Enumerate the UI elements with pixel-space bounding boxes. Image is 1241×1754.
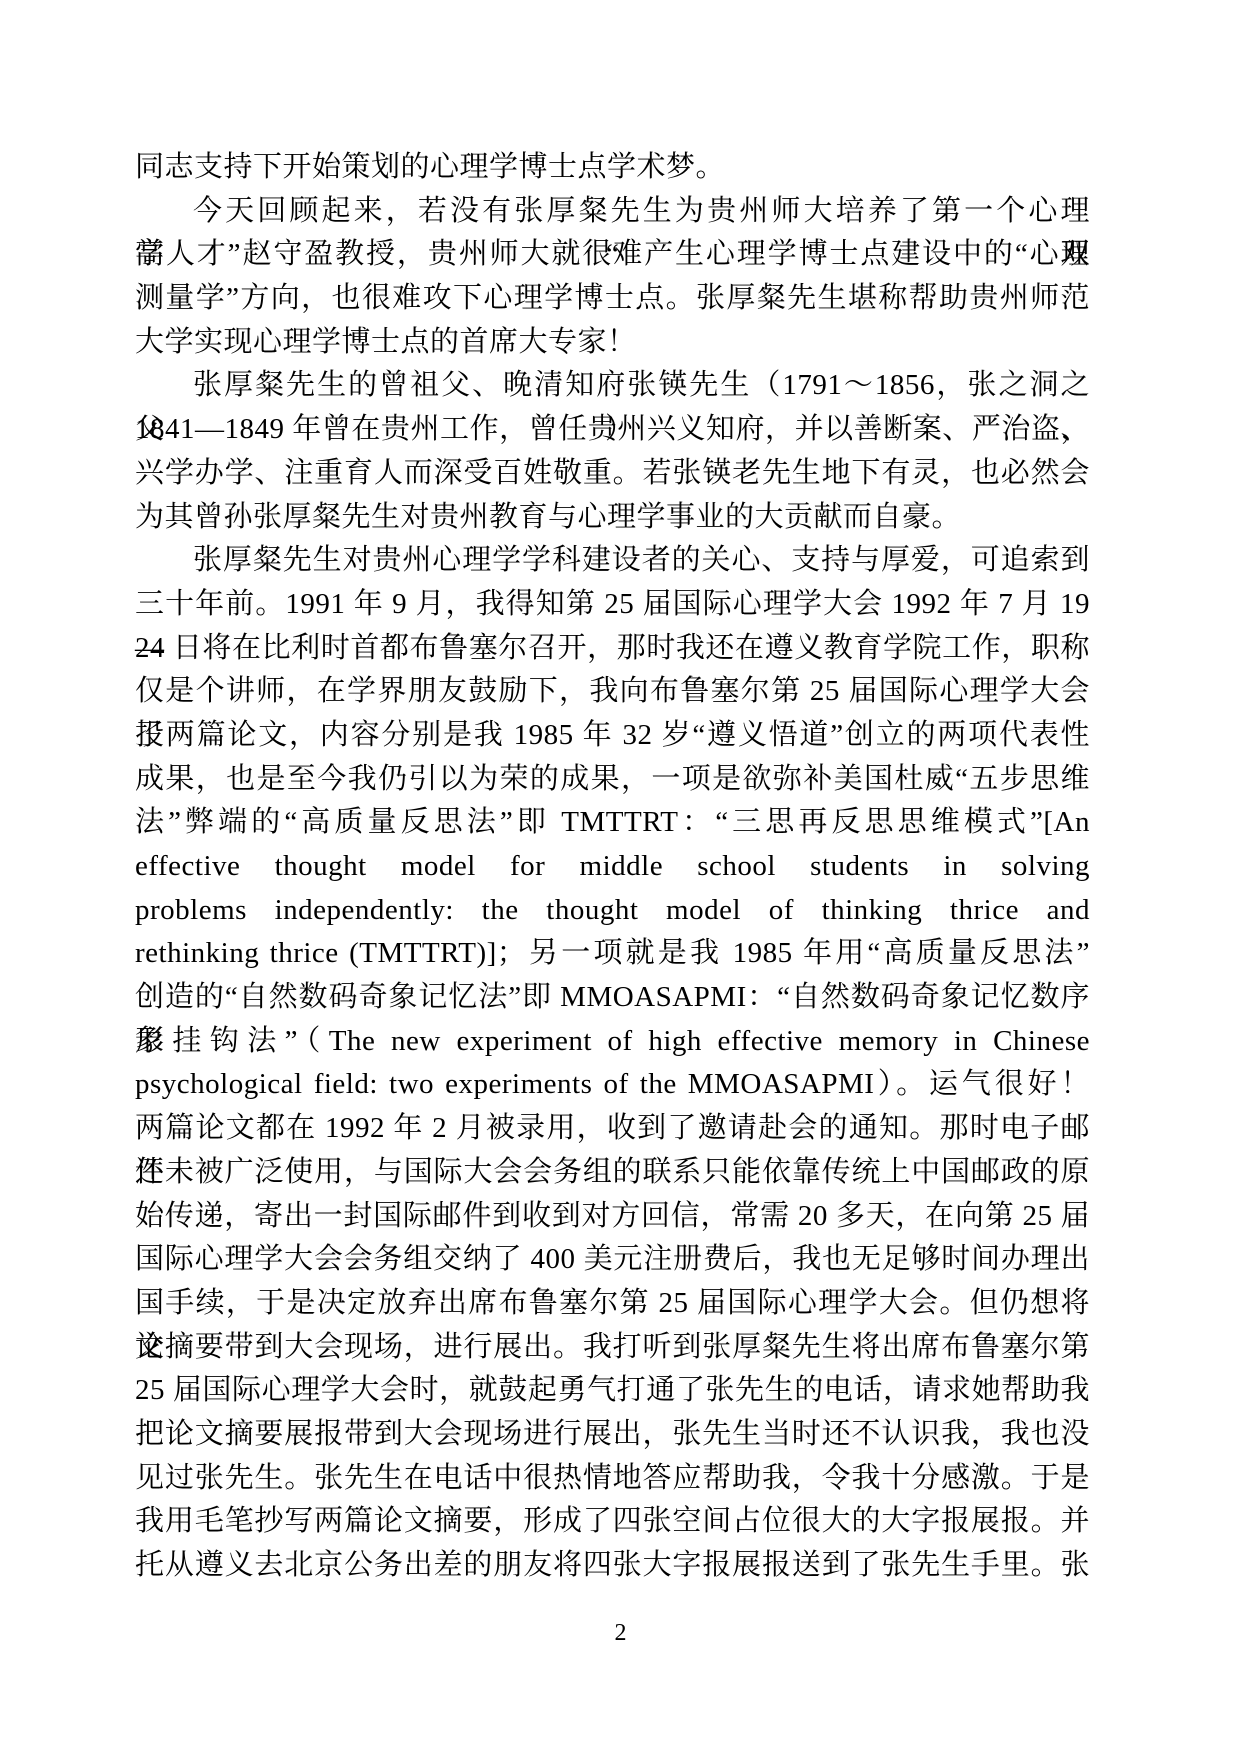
- text-line: 大学实现心理学博士点的首席大专家！: [135, 321, 1090, 365]
- text-line: 始传递，寄出一封国际邮件到收到对方回信，常需 20 多天，在向第 25 届: [135, 1195, 1090, 1239]
- text-line: 还未被广泛使用，与国际大会会务组的联系只能依靠传统上中国邮政的原: [135, 1151, 1090, 1195]
- text-line: 兴学办学、注重育人而深受百姓敬重。若张锳老先生地下有灵，也必然会: [135, 452, 1090, 496]
- text-line: 象挂钩法”（The new experiment of high effecti…: [135, 1020, 1090, 1064]
- text-line: 仅是个讲师，在学界朋友鼓励下，我向布鲁塞尔第 25 届国际心理学大会投: [135, 670, 1090, 714]
- text-line: psychological field: two experiments of …: [135, 1063, 1090, 1107]
- text-line: 法”弊端的“高质量反思法”即 TMTTRT：“三思再反思思维模式”[An: [135, 801, 1090, 845]
- text-line: 24 日将在比利时首都布鲁塞尔召开，那时我还在遵义教育学院工作，职称: [135, 627, 1090, 671]
- text-line: 两篇论文都在 1992 年 2 月被录用，收到了邀请赴会的通知。那时电子邮件: [135, 1107, 1090, 1151]
- text-line: problems independently: the thought mode…: [135, 889, 1090, 933]
- page-number: 2: [0, 1618, 1241, 1648]
- text-line: 托从遵义去北京公务出差的朋友将四张大字报展报送到了张先生手里。张: [135, 1544, 1090, 1588]
- text-line: effective thought model for middle schoo…: [135, 845, 1090, 889]
- text-line: rethinking thrice (TMTTRT)]；另一项就是我 1985 …: [135, 932, 1090, 976]
- text-line: 文摘要带到大会现场，进行展出。我打听到张厚粲先生将出席布鲁塞尔第: [135, 1326, 1090, 1370]
- text-line: 我用毛笔抄写两篇论文摘要，形成了四张空间占位很大的大字报展报。并: [135, 1500, 1090, 1544]
- text-line: 今天回顾起来，若没有张厚粲先生为贵州师大培养了第一个心理学“双: [135, 190, 1090, 234]
- text-line: 成果，也是至今我仍引以为荣的成果，一项是欲弥补美国杜威“五步思维: [135, 758, 1090, 802]
- text-line: 见过张先生。张先生在电话中很热情地答应帮助我，令我十分感激。于是: [135, 1457, 1090, 1501]
- text-line: 同志支持下开始策划的心理学博士点学术梦。: [135, 146, 1090, 190]
- text-line: 把论文摘要展报带到大会现场进行展出，张先生当时还不认识我，我也没: [135, 1413, 1090, 1457]
- text-line: 高人才”赵守盈教授，贵州师大就很难产生心理学博士点建设中的“心理: [135, 233, 1090, 277]
- text-line: 了两篇论文，内容分别是我 1985 年 32 岁“遵义悟道”创立的两项代表性: [135, 714, 1090, 758]
- text-line: 1841—1849 年曾在贵州工作，曾任贵州兴义知府，并以善断案、严治盗、: [135, 408, 1090, 452]
- text-line: 国际心理学大会会务组交纳了 400 美元注册费后，我也无足够时间办理出: [135, 1238, 1090, 1282]
- text-line: 张厚粲先生的曾祖父、晚清知府张锳先生（1791～1856，张之洞之父），: [135, 364, 1090, 408]
- document-page: 同志支持下开始策划的心理学博士点学术梦。 今天回顾起来，若没有张厚粲先生为贵州师…: [0, 0, 1241, 1754]
- text-line: 为其曾孙张厚粲先生对贵州教育与心理学事业的大贡献而自豪。: [135, 496, 1090, 540]
- document-body: 同志支持下开始策划的心理学博士点学术梦。 今天回顾起来，若没有张厚粲先生为贵州师…: [135, 146, 1090, 1588]
- text-line: 国手续，于是决定放弃出席布鲁塞尔第 25 届国际心理学大会。但仍想将论: [135, 1282, 1090, 1326]
- text-line: 测量学”方向，也很难攻下心理学博士点。张厚粲先生堪称帮助贵州师范: [135, 277, 1090, 321]
- text-line: 三十年前。1991 年 9 月，我得知第 25 届国际心理学大会 1992 年 …: [135, 583, 1090, 627]
- text-line: 张厚粲先生对贵州心理学学科建设者的关心、支持与厚爱，可追索到: [135, 539, 1090, 583]
- text-line: 创造的“自然数码奇象记忆法”即 MMOASAPMI：“自然数码奇象记忆数序形: [135, 976, 1090, 1020]
- text-line: 25 届国际心理学大会时，就鼓起勇气打通了张先生的电话，请求她帮助我: [135, 1369, 1090, 1413]
